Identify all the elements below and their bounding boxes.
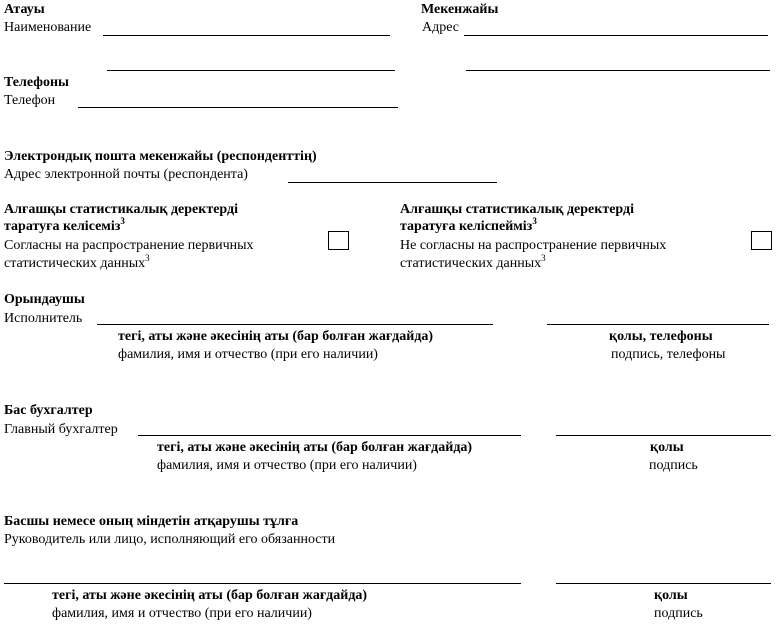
chief-accountant-label: Главный бухгалтер — [4, 421, 118, 438]
phone-label: Телефон — [4, 92, 55, 109]
head-sign-caption-kz: қолы — [654, 587, 688, 604]
head-label: Руководитель или лицо, исполняющий его о… — [4, 531, 335, 548]
head-name-caption-kz: тегі, аты және әкесінің аты (бар болған … — [52, 587, 367, 604]
chief-accountant-name-caption-kz: тегі, аты және әкесінің аты (бар болған … — [157, 439, 472, 456]
consent-disagree-heading-line2: таратуға келіспейміз3 — [400, 218, 537, 235]
footnote-marker: 3 — [120, 216, 125, 226]
address-heading-kz: Мекенжайы — [421, 1, 498, 18]
consent-disagree-checkbox[interactable] — [751, 231, 772, 250]
head-name-caption-ru: фамилия, имя и отчество (при его наличии… — [52, 605, 312, 622]
consent-agree-heading-line2: таратуға келісеміз3 — [4, 218, 125, 235]
name-field-line-1[interactable] — [103, 35, 390, 36]
name-label: Наименование — [4, 19, 91, 36]
footnote-marker: 3 — [532, 216, 537, 226]
consent-agree-checkbox[interactable] — [328, 231, 349, 250]
chief-accountant-sign-line[interactable] — [556, 435, 771, 436]
consent-disagree-heading-line1: Алғашқы статистикалық деректерді — [400, 201, 634, 218]
chief-accountant-sign-caption-kz: қолы — [650, 439, 684, 456]
consent-disagree-label-line2: статистических данных3 — [400, 255, 546, 272]
consent-agree-label-line1: Согласны на распространение первичных — [4, 237, 254, 254]
address-field-line-1[interactable] — [464, 35, 768, 36]
footnote-marker: 3 — [541, 253, 546, 263]
executor-sign-line[interactable] — [547, 324, 769, 325]
head-name-line[interactable] — [4, 583, 521, 584]
chief-accountant-name-caption-ru: фамилия, имя и отчество (при его наличии… — [157, 457, 417, 474]
phone-heading-kz: Телефоны — [4, 74, 69, 91]
address-field-line-2[interactable] — [466, 70, 770, 71]
email-field-line[interactable] — [288, 182, 497, 183]
name-field-line-2[interactable] — [107, 70, 395, 71]
email-heading-kz: Электрондық пошта мекенжайы (респондентт… — [4, 148, 317, 165]
name-heading-kz: Атауы — [4, 1, 45, 18]
consent-disagree-label-line1: Не согласны на распространение первичных — [400, 237, 666, 254]
executor-sign-caption-ru: подпись, телефоны — [611, 346, 725, 363]
executor-name-caption-ru: фамилия, имя и отчество (при его наличии… — [118, 346, 378, 363]
executor-label: Исполнитель — [4, 310, 82, 327]
chief-accountant-heading-kz: Бас бухгалтер — [4, 402, 93, 419]
footnote-marker: 3 — [145, 253, 150, 263]
executor-name-line[interactable] — [97, 324, 493, 325]
executor-name-caption-kz: тегі, аты және әкесінің аты (бар болған … — [118, 328, 433, 345]
executor-heading-kz: Орындаушы — [4, 291, 85, 308]
executor-sign-caption-kz: қолы, телефоны — [609, 328, 713, 345]
head-sign-line[interactable] — [556, 583, 771, 584]
chief-accountant-sign-caption-ru: подпись — [649, 457, 698, 474]
head-sign-caption-ru: подпись — [654, 605, 703, 622]
consent-agree-label-line2: статистических данных3 — [4, 255, 150, 272]
phone-field-line[interactable] — [78, 107, 398, 108]
chief-accountant-name-line[interactable] — [138, 435, 521, 436]
head-heading-kz: Басшы немесе оның міндетін атқарушы тұлғ… — [4, 513, 298, 530]
address-label: Адрес — [422, 19, 459, 36]
email-label: Адрес электронной почты (респондента) — [4, 166, 248, 183]
